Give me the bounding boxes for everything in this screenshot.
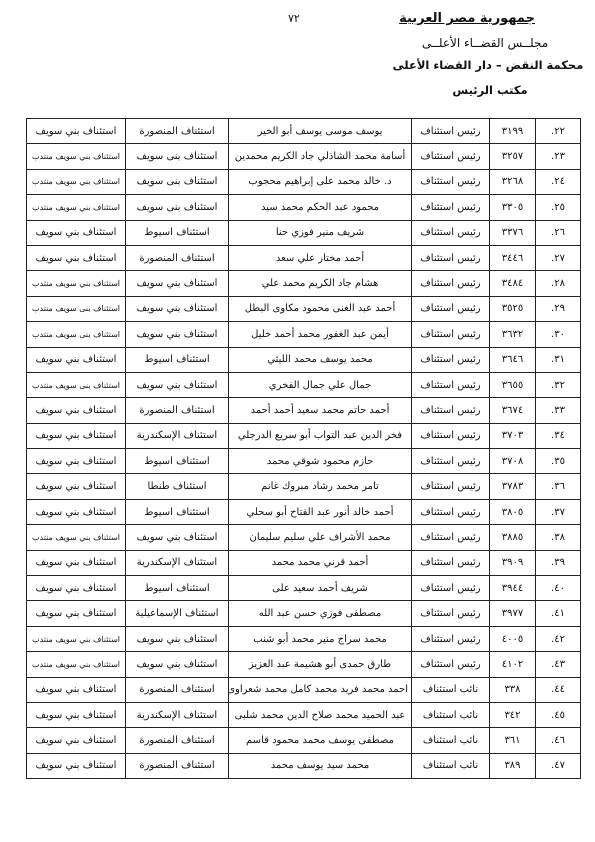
row-number: ٣٢. [536, 372, 581, 397]
row-number: ٣٠. [536, 322, 581, 347]
judge-title: رئيس استئناف [412, 322, 490, 347]
judge-name: شريف منير فوزي حنا [229, 220, 412, 245]
row-number: ٢٦. [536, 220, 581, 245]
assignment: استئناف بني سويف [27, 220, 126, 245]
judge-name: محمد يوسف محمد الليثي [229, 347, 412, 372]
current-court: استئناف بنى سويف [126, 195, 229, 220]
current-court: استئناف بنى سويف [126, 144, 229, 169]
assignment: استئناف بني سويف [27, 474, 126, 499]
judge-title: رئيس استئناف [412, 119, 490, 144]
row-number: ٣٣. [536, 398, 581, 423]
table-row: ٣١. ٣٦٤٦ رئيس استئناف محمد يوسف محمد الل… [27, 347, 581, 372]
row-number: ٤٢. [536, 626, 581, 651]
current-court: استئناف المنصورة [126, 398, 229, 423]
current-court: استئناف المنصورة [126, 245, 229, 270]
judge-title: نائب استئناف [412, 753, 490, 778]
assignment: استئناف بني سويف [27, 601, 126, 626]
page-number: ٧٢ [288, 12, 300, 25]
table-row: ٤٤. ٣٣٨ نائب استئناف احمد محمد فريد محمد… [27, 677, 581, 702]
header-court: محكمة النقض – دار القضاء الأعلى [388, 58, 588, 72]
judge-code: ٣٦٧٤ [490, 398, 536, 423]
judges-table: ٢٢. ٣١٩٩ رئيس استئناف يوسف موسى يوسف أبو… [26, 118, 581, 779]
header-council: مجلــس القضــاء الأعلــى [410, 36, 560, 50]
table-row: ٤١. ٣٩٧٧ رئيس استئناف مصطفى فوزي حسن عبد… [27, 601, 581, 626]
judge-code: ٣٤٨٤ [490, 271, 536, 296]
judge-code: ٣٥٢٥ [490, 296, 536, 321]
row-number: ٤٦. [536, 728, 581, 753]
assignment: استئناف بني سويف منتدب [27, 271, 126, 296]
current-court: استئناف المنصورة [126, 677, 229, 702]
table-row: ٣٧. ٣٨٠٥ رئيس استئناف أحمد خالد أنور عبد… [27, 499, 581, 524]
current-court: استئناف الإسكندرية [126, 702, 229, 727]
current-court: استئناف الإسكندرية [126, 423, 229, 448]
judge-code: ٣٦٤٦ [490, 347, 536, 372]
judge-name: عبد الحميد محمد صلاح الدين محمد شلبى [229, 702, 412, 727]
judge-title: رئيس استئناف [412, 652, 490, 677]
judge-name: أحمد خالد أنور عبد الفتاح أبو سحلي [229, 499, 412, 524]
current-court: استئناف بني سويف [126, 322, 229, 347]
judge-name: محمود عبد الحكم محمد سيد [229, 195, 412, 220]
row-number: ٣٩. [536, 550, 581, 575]
table-row: ٣٤. ٣٧٠٣ رئيس استئناف فخر الدين عبد التو… [27, 423, 581, 448]
judge-code: ٣١٩٩ [490, 119, 536, 144]
current-court: استئناف الإسماعيلية [126, 601, 229, 626]
current-court: استئناف بني سويف [126, 296, 229, 321]
judge-title: رئيس استئناف [412, 550, 490, 575]
judge-code: ٣٧٠٨ [490, 449, 536, 474]
row-number: ٤٠. [536, 576, 581, 601]
assignment: استئناف بني سويف [27, 550, 126, 575]
judge-title: رئيس استئناف [412, 525, 490, 550]
assignment: استئناف بني سويف [27, 753, 126, 778]
judge-code: ٣٦١ [490, 728, 536, 753]
judge-code: ٣٤٤٦ [490, 245, 536, 270]
assignment: استئناف بنى سويف منتدب [27, 322, 126, 347]
judge-name: د. خالد محمد على إبراهيم محجوب [229, 169, 412, 194]
judges-table-body: ٢٢. ٣١٩٩ رئيس استئناف يوسف موسى يوسف أبو… [27, 119, 581, 779]
table-row: ٢٦. ٣٣٧٦ رئيس استئناف شريف منير فوزي حنا… [27, 220, 581, 245]
judge-code: ٣٧٨٣ [490, 474, 536, 499]
assignment: استئناف بني سويف [27, 677, 126, 702]
assignment: استئناف بني سويف منتدب [27, 144, 126, 169]
assignment: استئناف بني سويف منتدب [27, 525, 126, 550]
judge-code: ٣٩٠٩ [490, 550, 536, 575]
judge-title: رئيس استئناف [412, 271, 490, 296]
judge-name: محمد سيد يوسف محمد [229, 753, 412, 778]
judge-code: ٣٤٢ [490, 702, 536, 727]
table-row: ٣٠. ٣٦٣٢ رئيس استئناف أيمن عبد الغفور مح… [27, 322, 581, 347]
row-number: ٢٣. [536, 144, 581, 169]
judge-name: فخر الدين عبد التواب أبو سريع الدرجلي [229, 423, 412, 448]
assignment: استئناف بني سويف [27, 499, 126, 524]
assignment: استئناف بني سويف منتدب [27, 626, 126, 651]
assignment: استئناف بنى سويف منتدب [27, 372, 126, 397]
header-office: مكتب الرئيس [440, 83, 540, 97]
assignment: استئناف بني سويف [27, 576, 126, 601]
assignment: استئناف بني سويف منتدب [27, 652, 126, 677]
judge-title: رئيس استئناف [412, 499, 490, 524]
assignment: استئناف بني سويف [27, 347, 126, 372]
judge-name: شريف أحمد سعيد على [229, 576, 412, 601]
judge-name: محمد سراج منير محمد أبو شنب [229, 626, 412, 651]
current-court: استئناف المنصورة [126, 728, 229, 753]
assignment: استئناف بنى سويف منتدب [27, 296, 126, 321]
assignment: استئناف بني سويف [27, 245, 126, 270]
judge-title: رئيس استئناف [412, 626, 490, 651]
assignment: استئناف بني سويف [27, 728, 126, 753]
judge-code: ٣٣٨ [490, 677, 536, 702]
table-row: ٤٧. ٣٨٩ نائب استئناف محمد سيد يوسف محمد … [27, 753, 581, 778]
row-number: ٤٧. [536, 753, 581, 778]
judge-code: ٤١٠٢ [490, 652, 536, 677]
row-number: ٣٧. [536, 499, 581, 524]
row-number: ٢٥. [536, 195, 581, 220]
current-court: استئناف بني سويف [126, 372, 229, 397]
current-court: استئناف اسيوط [126, 347, 229, 372]
judge-code: ٣٦٥٥ [490, 372, 536, 397]
table-row: ٢٨. ٣٤٨٤ رئيس استئناف هشام جاد الكريم مح… [27, 271, 581, 296]
row-number: ٣٤. [536, 423, 581, 448]
judge-code: ٣٨٠٥ [490, 499, 536, 524]
judge-title: رئيس استئناف [412, 601, 490, 626]
judge-name: أحمد مختار علي سعد [229, 245, 412, 270]
judge-name: مصطفى فوزي حسن عبد الله [229, 601, 412, 626]
judge-name: أحمد عبد الغنى محمود مكاوى البطل [229, 296, 412, 321]
judge-name: يوسف موسى يوسف أبو الخير [229, 119, 412, 144]
assignment: استئناف بني سويف منتدب [27, 195, 126, 220]
judge-code: ٣٦٣٢ [490, 322, 536, 347]
judge-name: أحمد قرني محمد محمد [229, 550, 412, 575]
judge-title: رئيس استئناف [412, 220, 490, 245]
judge-title: رئيس استئناف [412, 372, 490, 397]
current-court: استئناف بني سويف [126, 626, 229, 651]
table-row: ٢٩. ٣٥٢٥ رئيس استئناف أحمد عبد الغنى محم… [27, 296, 581, 321]
current-court: استئناف اسيوط [126, 576, 229, 601]
table-row: ٣٣. ٣٦٧٤ رئيس استئناف أحمد حاتم محمد سعي… [27, 398, 581, 423]
table-row: ٣٢. ٣٦٥٥ رئيس استئناف جمال علي جمال الفخ… [27, 372, 581, 397]
judge-code: ٣٧٠٣ [490, 423, 536, 448]
judge-title: رئيس استئناف [412, 423, 490, 448]
table-row: ٢٥. ٣٣٠٥ رئيس استئناف محمود عبد الحكم مح… [27, 195, 581, 220]
assignment: استئناف بني سويف [27, 702, 126, 727]
current-court: استئناف اسيوط [126, 449, 229, 474]
judge-title: رئيس استئناف [412, 296, 490, 321]
current-court: استئناف اسيوط [126, 220, 229, 245]
current-court: استئناف طنطا [126, 474, 229, 499]
table-row: ٤٠. ٣٩٤٤ رئيس استئناف شريف أحمد سعيد على… [27, 576, 581, 601]
table-row: ٢٣. ٣٢٥٧ رئيس استئناف أسامة محمد الشاذلي… [27, 144, 581, 169]
table-row: ٢٢. ٣١٩٩ رئيس استئناف يوسف موسى يوسف أبو… [27, 119, 581, 144]
judge-name: تامر محمد رشاد مبروك غانم [229, 474, 412, 499]
judge-title: نائب استئناف [412, 728, 490, 753]
row-number: ٤٥. [536, 702, 581, 727]
judge-title: رئيس استئناف [412, 449, 490, 474]
judge-code: ٤٠٠٥ [490, 626, 536, 651]
judge-code: ٣٣٠٥ [490, 195, 536, 220]
judge-name: أحمد حاتم محمد سعيد أحمد أحمد [229, 398, 412, 423]
judge-title: نائب استئناف [412, 702, 490, 727]
table-row: ٤٣. ٤١٠٢ رئيس استئناف طارق حمدى أبو هشيم… [27, 652, 581, 677]
judge-title: رئيس استئناف [412, 195, 490, 220]
header-republic: جمهورية مصر العربية [415, 11, 535, 26]
judge-code: ٣٣٧٦ [490, 220, 536, 245]
judge-title: رئيس استئناف [412, 474, 490, 499]
judge-title: رئيس استئناف [412, 347, 490, 372]
judge-title: رئيس استئناف [412, 144, 490, 169]
current-court: استئناف بنى سويف [126, 169, 229, 194]
judge-title: رئيس استئناف [412, 245, 490, 270]
table-row: ٤٦. ٣٦١ نائب استئناف مصطفى يوسف محمد محم… [27, 728, 581, 753]
current-court: استئناف بني سويف [126, 525, 229, 550]
row-number: ٣٥. [536, 449, 581, 474]
current-court: استئناف اسيوط [126, 499, 229, 524]
judge-name: أسامة محمد الشاذلي جاد الكريم محمدين [229, 144, 412, 169]
table-row: ٣٦. ٣٧٨٣ رئيس استئناف تامر محمد رشاد مبر… [27, 474, 581, 499]
judge-name: احمد محمد فريد محمد كامل محمد شعراوى [229, 677, 412, 702]
table-row: ٢٤. ٣٢٦٨ رئيس استئناف د. خالد محمد على إ… [27, 169, 581, 194]
judge-code: ٣٢٦٨ [490, 169, 536, 194]
judge-name: طارق حمدى أبو هشيمة عبد العزيز [229, 652, 412, 677]
judge-name: أيمن عبد الغفور محمد أحمد خليل [229, 322, 412, 347]
table-row: ٤٢. ٤٠٠٥ رئيس استئناف محمد سراج منير محم… [27, 626, 581, 651]
judge-code: ٣٨٨٥ [490, 525, 536, 550]
current-court: استئناف بني سويف [126, 271, 229, 296]
table-row: ٣٩. ٣٩٠٩ رئيس استئناف أحمد قرني محمد محم… [27, 550, 581, 575]
row-number: ٣٨. [536, 525, 581, 550]
assignment: استئناف بني سويف [27, 423, 126, 448]
judge-code: ٣٩٧٧ [490, 601, 536, 626]
current-court: استئناف بني سويف [126, 652, 229, 677]
assignment: استئناف بني سويف منتدب [27, 169, 126, 194]
row-number: ٢٨. [536, 271, 581, 296]
judge-name: حازم محمود شوقي محمد [229, 449, 412, 474]
row-number: ٢٧. [536, 245, 581, 270]
table-row: ٤٥. ٣٤٢ نائب استئناف عبد الحميد محمد صلا… [27, 702, 581, 727]
judge-name: مصطفى يوسف محمد محمود قاسم [229, 728, 412, 753]
assignment: استئناف بني سويف [27, 449, 126, 474]
judge-title: نائب استئناف [412, 677, 490, 702]
assignment: استئناف بني سويف [27, 398, 126, 423]
row-number: ٢٩. [536, 296, 581, 321]
table-row: ٣٨. ٣٨٨٥ رئيس استئناف محمد الأشراف علي س… [27, 525, 581, 550]
row-number: ٣١. [536, 347, 581, 372]
row-number: ٤٤. [536, 677, 581, 702]
row-number: ٣٦. [536, 474, 581, 499]
row-number: ٢٢. [536, 119, 581, 144]
judge-title: رئيس استئناف [412, 398, 490, 423]
assignment: استئناف بني سويف [27, 119, 126, 144]
current-court: استئناف الإسكندرية [126, 550, 229, 575]
judge-title: رئيس استئناف [412, 169, 490, 194]
current-court: استئناف المنصورة [126, 753, 229, 778]
judge-code: ٣٢٥٧ [490, 144, 536, 169]
judge-name: هشام جاد الكريم محمد علي [229, 271, 412, 296]
judge-code: ٣٨٩ [490, 753, 536, 778]
table-row: ٣٥. ٣٧٠٨ رئيس استئناف حازم محمود شوقي مح… [27, 449, 581, 474]
judge-title: رئيس استئناف [412, 576, 490, 601]
row-number: ٤٣. [536, 652, 581, 677]
current-court: استئناف المنصورة [126, 119, 229, 144]
row-number: ٢٤. [536, 169, 581, 194]
judge-name: جمال علي جمال الفخري [229, 372, 412, 397]
judge-name: محمد الأشراف علي سليم سليمان [229, 525, 412, 550]
table-row: ٢٧. ٣٤٤٦ رئيس استئناف أحمد مختار علي سعد… [27, 245, 581, 270]
judge-code: ٣٩٤٤ [490, 576, 536, 601]
row-number: ٤١. [536, 601, 581, 626]
